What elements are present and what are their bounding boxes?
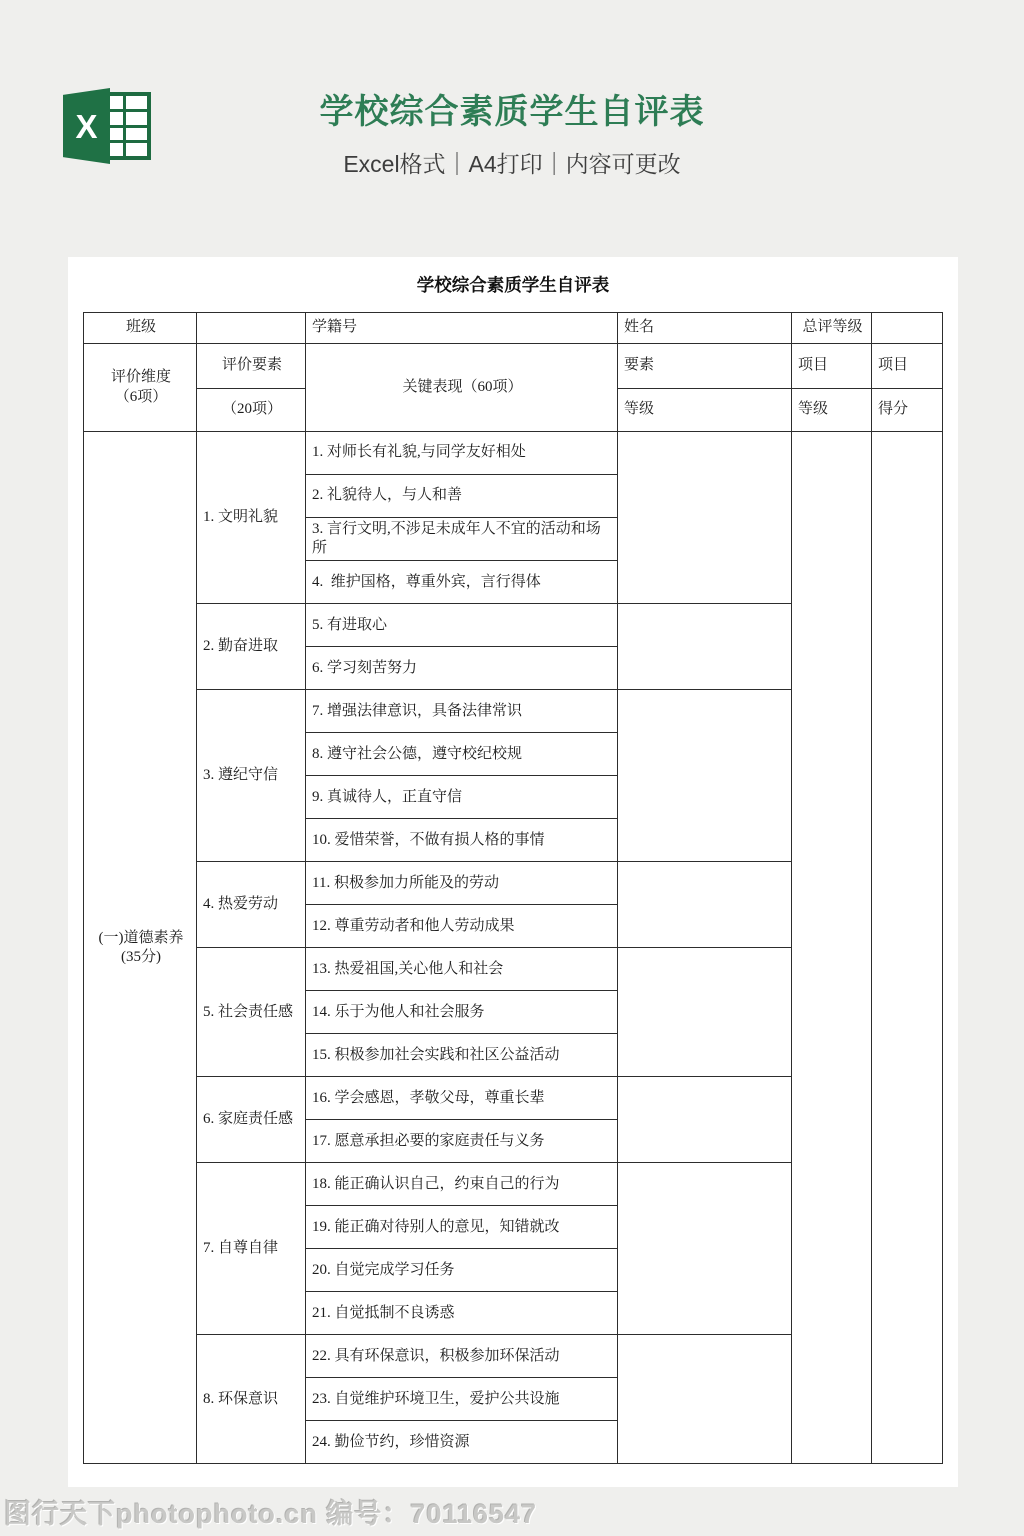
element-group-cell: 3. 遵纪守信 <box>197 690 306 862</box>
class-label-cell: 班级 <box>84 313 197 344</box>
dimension-cell: (一)道德素养(35分) <box>84 432 197 1464</box>
info-row: 班级 学籍号 姓名 总评等级 <box>84 313 943 344</box>
item1-grade-header-cell: 等级 <box>792 389 872 432</box>
dimension-header-line2: （6项） <box>90 388 192 407</box>
sheet-card: 学校综合素质学生自评表 班级 学籍号 姓名 总评等级 评价维度 （6项） <box>68 257 958 1487</box>
element-group-cell: 6. 家庭责任感 <box>197 1077 306 1163</box>
key-behavior-cell: 18. 能正确认识自己，约束自己的行为 <box>306 1163 618 1206</box>
factor-grade-header-cell: 等级 <box>618 389 792 432</box>
key-behavior-cell: 1. 对师长有礼貌,与同学友好相处 <box>306 432 618 475</box>
header-row-1: 评价维度 （6项） 评价要素 关键表现（60项） 要素 项目 项目 <box>84 344 943 389</box>
key-behavior-cell: 7. 增强法律意识，具备法律常识 <box>306 690 618 733</box>
factor-grade-input-cell <box>618 1077 792 1163</box>
key-behavior-cell: 6. 学习刻苦努力 <box>306 647 618 690</box>
key-behavior-cell: 3. 言行文明,不涉足未成年人不宜的活动和场所 <box>306 518 618 561</box>
dimension-header-line1: 评价维度 <box>90 368 192 387</box>
page-title: 学校综合素质学生自评表 <box>0 0 1024 133</box>
key-behavior-cell: 5. 有进取心 <box>306 604 618 647</box>
key-behavior-cell: 16. 学会感恩，孝敬父母，尊重长辈 <box>306 1077 618 1120</box>
dimension-line1: (一)道德素养 <box>90 929 192 948</box>
key-behavior-cell: 2. 礼貌待人，与人和善 <box>306 475 618 518</box>
key-behavior-cell: 12. 尊重劳动者和他人劳动成果 <box>306 905 618 948</box>
item-score-input-cell <box>872 432 943 1464</box>
student-id-label-cell: 学籍号 <box>306 313 618 344</box>
evaluation-table: 班级 学籍号 姓名 总评等级 评价维度 （6项） 评价要素 关键表现（60项） … <box>83 312 943 1464</box>
key-behavior-cell: 22. 具有环保意识，积极参加环保活动 <box>306 1335 618 1378</box>
table-row: (一)道德素养(35分)1. 文明礼貌1. 对师长有礼貌,与同学友好相处 <box>84 432 943 475</box>
item2-header-cell: 项目 <box>872 344 943 389</box>
dimension-line2: (35分) <box>90 948 192 967</box>
element-group-cell: 2. 勤奋进取 <box>197 604 306 690</box>
key-behavior-cell: 23. 自觉维护环境卫生，爱护公共设施 <box>306 1378 618 1421</box>
factor-grade-input-cell <box>618 1335 792 1464</box>
key-behavior-cell: 13. 热爱祖国,关心他人和社会 <box>306 948 618 991</box>
excel-x-letter: X <box>75 110 97 143</box>
factor-header-cell: 要素 <box>618 344 792 389</box>
factor-grade-input-cell <box>618 1163 792 1335</box>
factor-grade-input-cell <box>618 604 792 690</box>
factor-grade-input-cell <box>618 948 792 1077</box>
overall-grade-value-cell <box>872 313 943 344</box>
dimension-header-cell: 评价维度 （6项） <box>84 344 197 432</box>
page-subtitle: Excel格式｜A4打印｜内容可更改 <box>0 146 1024 179</box>
overall-grade-label-cell: 总评等级 <box>792 313 872 344</box>
item2-score-header-cell: 得分 <box>872 389 943 432</box>
key-behavior-cell: 4. 维护国格，尊重外宾，言行得体 <box>306 561 618 604</box>
element-count-header-cell: （20项） <box>197 389 306 432</box>
key-behavior-header-cell: 关键表现（60项） <box>306 344 618 432</box>
element-group-cell: 4. 热爱劳动 <box>197 862 306 948</box>
factor-grade-input-cell <box>618 690 792 862</box>
key-behavior-cell: 9. 真诚待人，正直守信 <box>306 776 618 819</box>
factor-grade-input-cell <box>618 862 792 948</box>
key-behavior-cell: 20. 自觉完成学习任务 <box>306 1249 618 1292</box>
element-group-cell: 8. 环保意识 <box>197 1335 306 1464</box>
element-header-cell: 评价要素 <box>197 344 306 389</box>
key-behavior-cell: 10. 爱惜荣誉，不做有损人格的事情 <box>306 819 618 862</box>
factor-grade-input-cell <box>618 432 792 604</box>
excel-logo-icon: X <box>63 88 151 164</box>
excel-cover-shape: X <box>63 88 110 164</box>
name-label-cell: 姓名 <box>618 313 792 344</box>
watermark-text: 图行天下photophoto.cn 编号：70116547 <box>4 1492 537 1531</box>
element-group-cell: 7. 自尊自律 <box>197 1163 306 1335</box>
key-behavior-cell: 14. 乐于为他人和社会服务 <box>306 991 618 1034</box>
element-group-cell: 5. 社会责任感 <box>197 948 306 1077</box>
excel-spreadsheet-grid-icon <box>105 92 151 160</box>
key-behavior-cell: 17. 愿意承担必要的家庭责任与义务 <box>306 1120 618 1163</box>
key-behavior-cell: 19. 能正确对待别人的意见，知错就改 <box>306 1206 618 1249</box>
key-behavior-cell: 24. 勤俭节约，珍惜资源 <box>306 1421 618 1464</box>
item1-header-cell: 项目 <box>792 344 872 389</box>
class-value-cell <box>197 313 306 344</box>
element-group-cell: 1. 文明礼貌 <box>197 432 306 604</box>
item-grade-input-cell <box>792 432 872 1464</box>
key-behavior-cell: 11. 积极参加力所能及的劳动 <box>306 862 618 905</box>
sheet-table-body: (一)道德素养(35分)1. 文明礼貌1. 对师长有礼貌,与同学友好相处2. 礼… <box>84 432 943 1464</box>
page-header: X 学校综合素质学生自评表 Excel格式｜A4打印｜内容可更改 <box>0 0 1024 257</box>
sheet-title: 学校综合素质学生自评表 <box>68 272 958 294</box>
key-behavior-cell: 8. 遵守社会公德，遵守校纪校规 <box>306 733 618 776</box>
key-behavior-cell: 21. 自觉抵制不良诱惑 <box>306 1292 618 1335</box>
key-behavior-cell: 15. 积极参加社会实践和社区公益活动 <box>306 1034 618 1077</box>
